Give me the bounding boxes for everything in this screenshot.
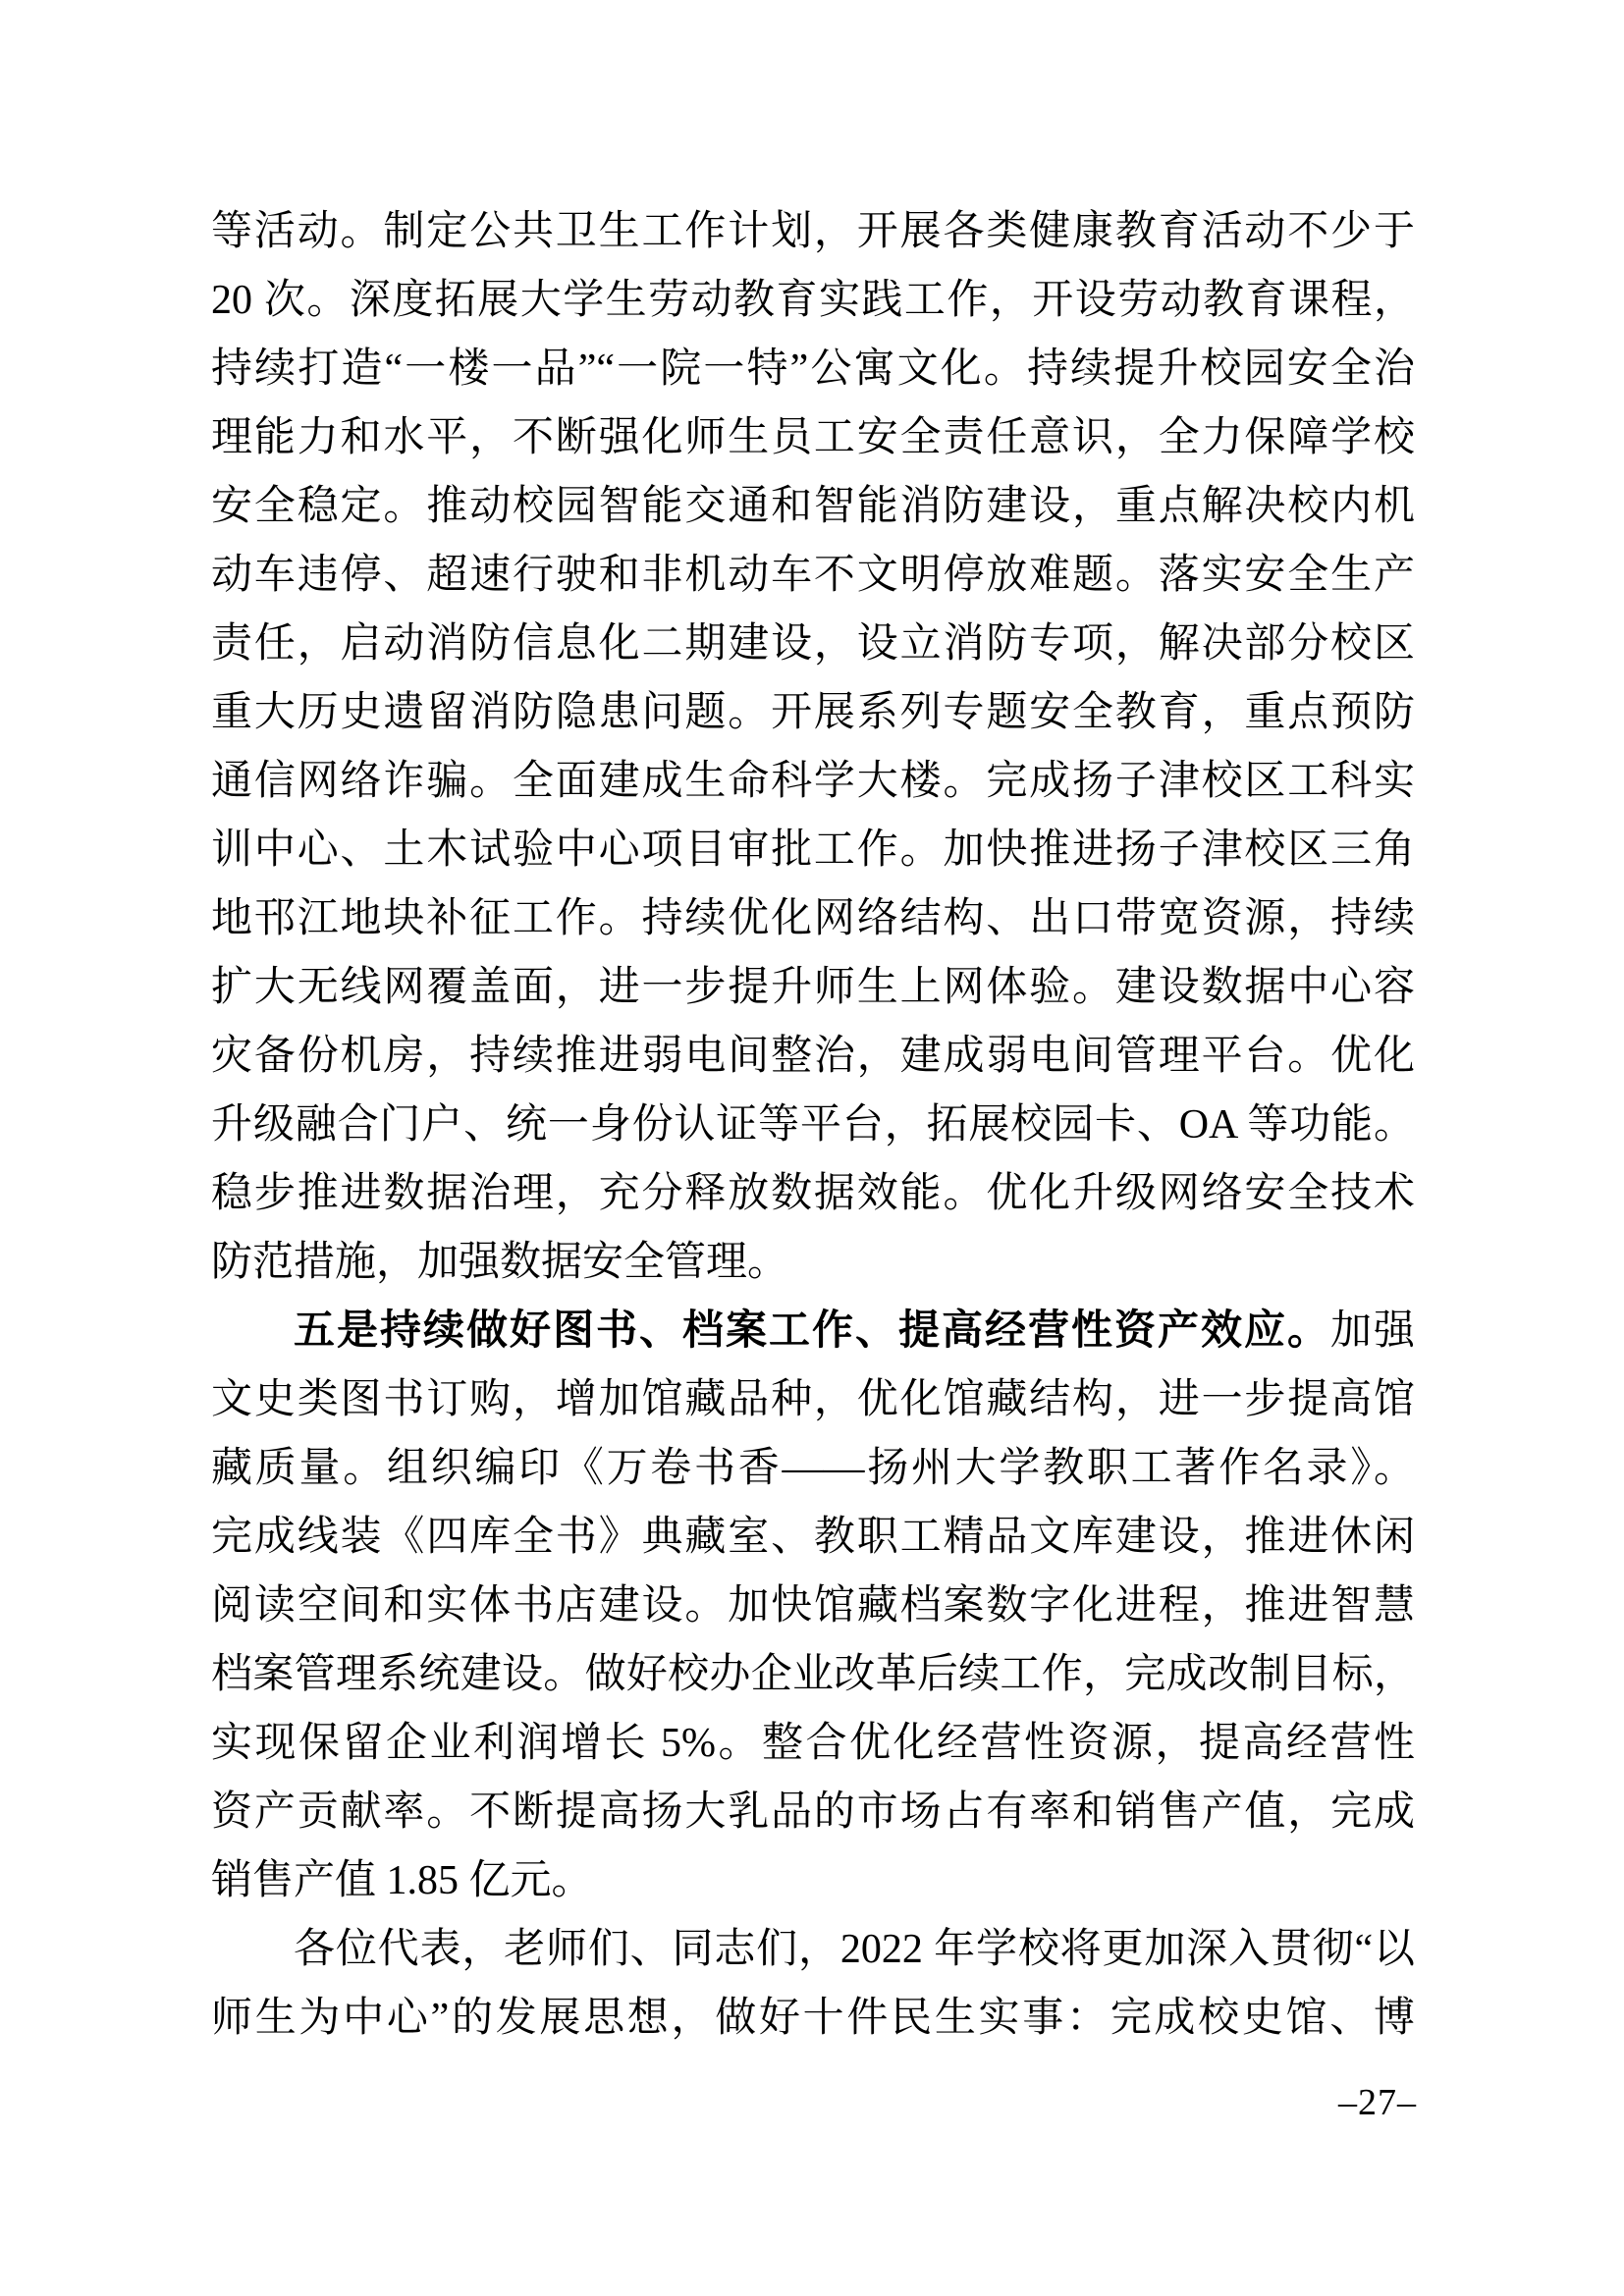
text-line: 各位代表，老师们、同志们，2022 年学校将更加深入贯彻“以: [211, 1915, 1415, 1984]
text-line: 扩大无线网覆盖面，进一步提升师生上网体验。建设数据中心容: [211, 953, 1415, 1022]
document-text: 等活动。制定公共卫生工作计划，开展各类健康教育活动不少于20 次。深度拓展大学生…: [211, 197, 1415, 2053]
text-line: 灾备份机房，持续推进弱电间整治，建成弱电间管理平台。优化: [211, 1022, 1415, 1091]
text-line: 训中心、土木试验中心项目审批工作。加快推进扬子津校区三角: [211, 816, 1415, 884]
text-line: 等活动。制定公共卫生工作计划，开展各类健康教育活动不少于: [211, 197, 1415, 266]
text-line: 责任，启动消防信息化二期建设，设立消防专项，解决部分校区: [211, 610, 1415, 678]
text-line: 实现保留企业利润增长 5%。整合优化经营性资源，提高经营性: [211, 1709, 1415, 1778]
text-line: 五是持续做好图书、档案工作、提高经营性资产效应。加强: [211, 1297, 1415, 1365]
text-line: 通信网络诈骗。全面建成生命科学大楼。完成扬子津校区工科实: [211, 747, 1415, 816]
text-line: 理能力和水平，不断强化师生员工安全责任意识，全力保障学校: [211, 403, 1415, 472]
text-line: 防范措施，加强数据安全管理。: [211, 1228, 1415, 1297]
text-line: 完成线装《四库全书》典藏室、教职工精品文库建设，推进休闲: [211, 1503, 1415, 1572]
text-line: 资产贡献率。不断提高扬大乳品的市场占有率和销售产值，完成: [211, 1778, 1415, 1846]
text-line: 稳步推进数据治理，充分释放数据效能。优化升级网络安全技术: [211, 1159, 1415, 1228]
text-line: 动车违停、超速行驶和非机动车不文明停放难题。落实安全生产: [211, 541, 1415, 610]
text-line: 档案管理系统建设。做好校办企业改革后续工作，完成改制目标，: [211, 1640, 1415, 1709]
text-line: 师生为中心”的发展思想，做好十件民生实事：完成校史馆、博: [211, 1984, 1415, 2053]
text-line: 销售产值 1.85 亿元。: [211, 1846, 1415, 1915]
document-page: 等活动。制定公共卫生工作计划，开展各类健康教育活动不少于20 次。深度拓展大学生…: [0, 0, 1624, 2296]
text-line: 20 次。深度拓展大学生劳动教育实践工作，开设劳动教育课程，: [211, 266, 1415, 335]
page-number: –27–: [1338, 2083, 1417, 2122]
text-line: 升级融合门户、统一身份认证等平台，拓展校园卡、OA 等功能。: [211, 1091, 1415, 1159]
text-line: 持续打造“一楼一品”“一院一特”公寓文化。持续提升校园安全治: [211, 335, 1415, 403]
text-line: 文史类图书订购，增加馆藏品种，优化馆藏结构，进一步提高馆: [211, 1365, 1415, 1434]
text-line: 地邗江地块补征工作。持续优化网络结构、出口带宽资源，持续: [211, 884, 1415, 953]
text-line: 阅读空间和实体书店建设。加快馆藏档案数字化进程，推进智慧: [211, 1572, 1415, 1640]
text-line: 安全稳定。推动校园智能交通和智能消防建设，重点解决校内机: [211, 472, 1415, 541]
text-line: 重大历史遗留消防隐患问题。开展系列专题安全教育，重点预防: [211, 678, 1415, 747]
text-line: 藏质量。组织编印《万卷书香——扬州大学教职工著作名录》。: [211, 1434, 1415, 1503]
bold-heading-run: 五是持续做好图书、档案工作、提高经营性资产效应。: [294, 1308, 1330, 1354]
